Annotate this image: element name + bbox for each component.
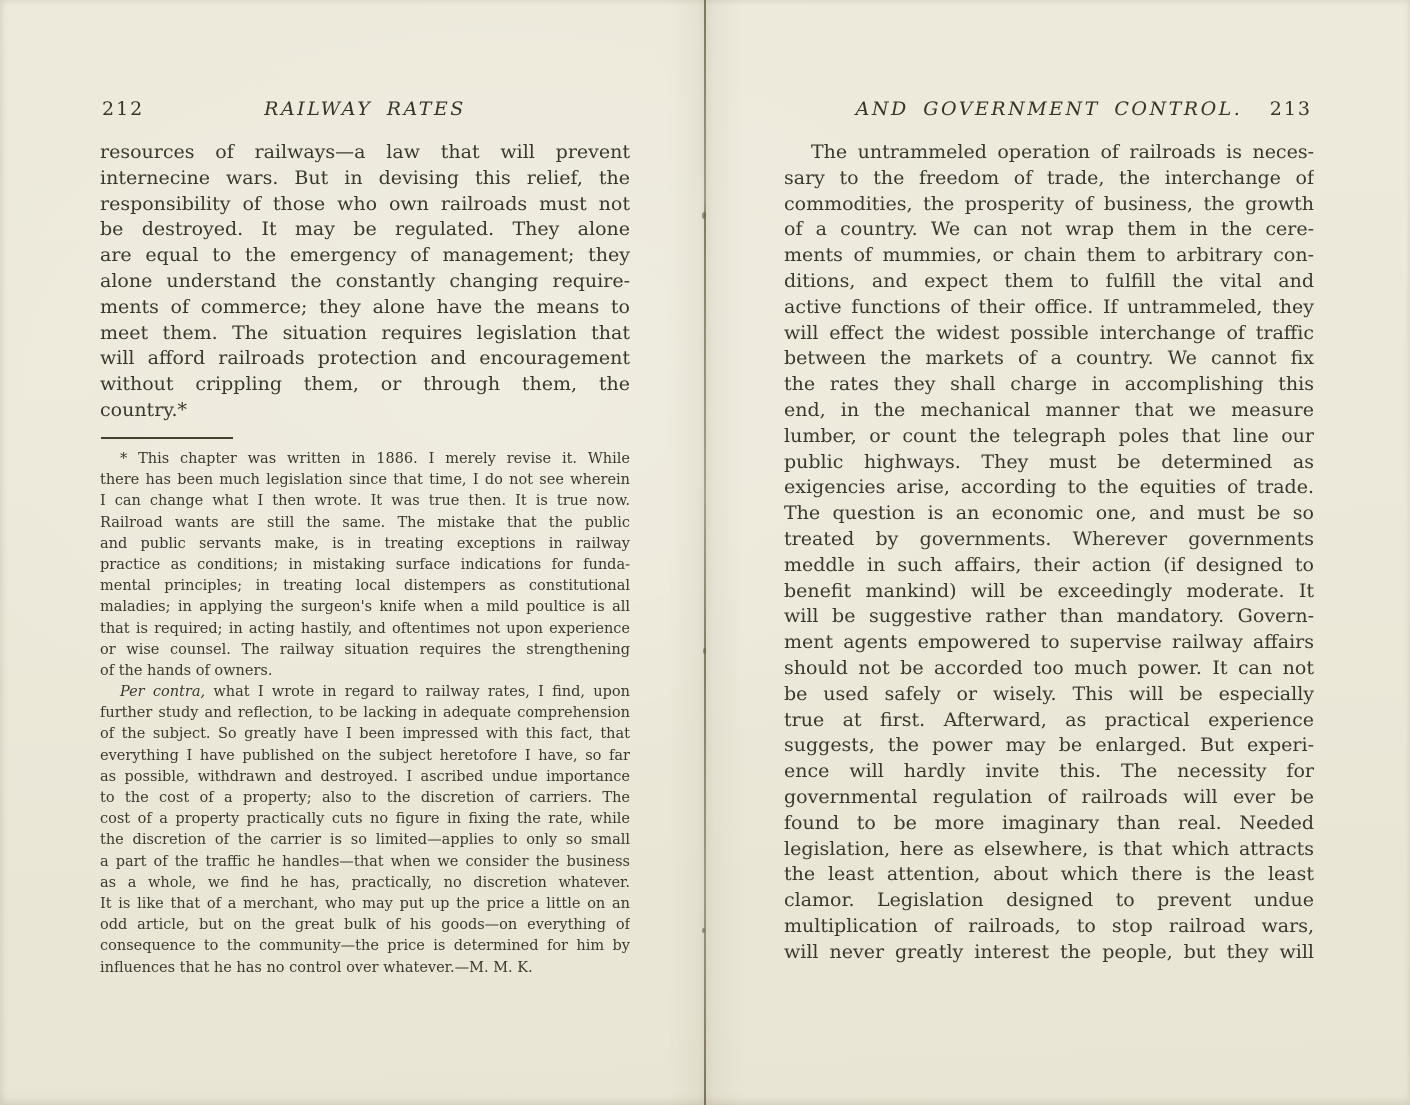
running-title-left: RAILWAY RATES: [264, 98, 466, 120]
text-line: The question is an economic one, and mus…: [784, 501, 1314, 527]
text-line: will never greatly interest the people, …: [784, 940, 1314, 966]
italic-lead: Per contra,: [120, 684, 205, 700]
text-line: ditions, and expect them to fulfill the …: [784, 269, 1314, 295]
text-line: cost of a property practically cuts no f…: [100, 809, 630, 830]
text-line: further study and reflection, to be lack…: [100, 703, 630, 724]
text-line: as a whole, we find he has, practically,…: [100, 873, 630, 894]
text-line: responsibility of those who own railroad…: [100, 192, 630, 218]
page-left: 212 RAILWAY RATES resources of railways—…: [100, 0, 630, 1105]
text-line: of the hands of owners.: [100, 661, 630, 682]
text-line: commodities, the prosperity of business,…: [784, 192, 1314, 218]
book-fold-shading: [668, 0, 744, 1105]
page-right: AND GOVERNMENT CONTROL. 213 The untramme…: [784, 0, 1314, 1105]
book-scan-spread: 212 RAILWAY RATES resources of railways—…: [0, 0, 1410, 1105]
text-line: of a country. We can not wrap them in th…: [784, 217, 1314, 243]
text-line: true at first. Afterward, as practical e…: [784, 708, 1314, 734]
text-line: a part of the traffic he handles—that wh…: [100, 852, 630, 873]
text-line: mental principles; in treating local dis…: [100, 576, 630, 597]
text-line: The untrammeled operation of railroads i…: [784, 140, 1314, 166]
text-line: Per contra, what I wrote in regard to ra…: [100, 682, 630, 703]
text-line: active functions of their office. If unt…: [784, 295, 1314, 321]
text-line: suggests, the power may be enlarged. But…: [784, 733, 1314, 759]
text-line: exigencies arise, according to the equit…: [784, 475, 1314, 501]
running-header-right: AND GOVERNMENT CONTROL. 213: [784, 96, 1314, 122]
right-body-text: The untrammeled operation of railroads i…: [784, 140, 1314, 966]
paper-speck: [702, 212, 706, 219]
text-line: ments of mummies, or chain them to arbit…: [784, 243, 1314, 269]
text-line: sary to the freedom of trade, the interc…: [784, 166, 1314, 192]
text-line: are equal to the emergency of management…: [100, 243, 630, 269]
text-line: that is required; in acting hastily, and…: [100, 619, 630, 640]
text-line: clamor. Legislation designed to prevent …: [784, 888, 1314, 914]
text-line: or wise counsel. The railway situation r…: [100, 640, 630, 661]
left-footnote: * This chapter was written in 1886. I me…: [100, 449, 630, 979]
footnote-paragraph-2: Per contra, what I wrote in regard to ra…: [100, 682, 630, 979]
text-line: public highways. They must be determined…: [784, 450, 1314, 476]
text-line: will be suggestive rather than mandatory…: [784, 604, 1314, 630]
text-line: governmental regulation of railroads wil…: [784, 785, 1314, 811]
text-line: there has been much legislation since th…: [100, 470, 630, 491]
text-line: alone understand the constantly changing…: [100, 269, 630, 295]
text-line: meddle in such affairs, their action (if…: [784, 553, 1314, 579]
text-line: found to be more imaginary than real. Ne…: [784, 811, 1314, 837]
text-line: be destroyed. It may be regulated. They …: [100, 217, 630, 243]
footnote-rule: [101, 437, 233, 439]
text-line: benefit mankind) will be exceedingly mod…: [784, 579, 1314, 605]
text-line: end, in the mechanical manner that we me…: [784, 398, 1314, 424]
text-line: It is like that of a merchant, who may p…: [100, 894, 630, 915]
text-line: as possible, withdrawn and destroyed. I …: [100, 767, 630, 788]
text-line: everything I have published on the subje…: [100, 746, 630, 767]
text-line: treated by governments. Wherever governm…: [784, 527, 1314, 553]
text-line: * This chapter was written in 1886. I me…: [100, 449, 630, 470]
text-line: Railroad wants are still the same. The m…: [100, 513, 630, 534]
text-line: practice as conditions; in mistaking sur…: [100, 555, 630, 576]
text-line: ment agents empowered to supervise railw…: [784, 630, 1314, 656]
text-line: country.*: [100, 398, 630, 424]
paper-speck: [703, 648, 706, 654]
text-line: the discretion of the carrier is so limi…: [100, 830, 630, 851]
paper-speck: [702, 928, 705, 933]
text-line: I can change what I then wrote. It was t…: [100, 491, 630, 512]
text-line: be used safely or wisely. This will be e…: [784, 682, 1314, 708]
text-line: between the markets of a country. We can…: [784, 346, 1314, 372]
text-line: lumber, or count the telegraph poles tha…: [784, 424, 1314, 450]
text-line: influences that he has no control over w…: [100, 958, 630, 979]
running-title-right: AND GOVERNMENT CONTROL.: [856, 98, 1243, 120]
text-line: ence will hardly invite this. The necess…: [784, 759, 1314, 785]
text-line: the least attention, about which there i…: [784, 862, 1314, 888]
text-line: legislation, here as elsewhere, is that …: [784, 837, 1314, 863]
page-number-left: 212: [102, 96, 144, 122]
footnote-paragraph-1: * This chapter was written in 1886. I me…: [100, 449, 630, 682]
text-line: should not be accorded too much power. I…: [784, 656, 1314, 682]
text-line: ments of commerce; they alone have the m…: [100, 295, 630, 321]
text-line: the rates they shall charge in accomplis…: [784, 372, 1314, 398]
text-line: will afford railroads protection and enc…: [100, 346, 630, 372]
text-line: of the subject. So greatly have I been i…: [100, 724, 630, 745]
text-line: odd article, but on the great bulk of hi…: [100, 915, 630, 936]
page-number-right: 213: [1270, 96, 1312, 122]
text-line: to the cost of a property; also to the d…: [100, 788, 630, 809]
text-line: resources of railways—a law that will pr…: [100, 140, 630, 166]
text-line: meet them. The situation requires legisl…: [100, 321, 630, 347]
text-line: and public servants make, is in treating…: [100, 534, 630, 555]
text-line: multiplication of railroads, to stop rai…: [784, 914, 1314, 940]
text-line: without crippling them, or through them,…: [100, 372, 630, 398]
running-header-left: 212 RAILWAY RATES: [100, 96, 630, 122]
book-fold: [704, 0, 706, 1105]
text-line: will effect the widest possible intercha…: [784, 321, 1314, 347]
text-line: internecine wars. But in devising this r…: [100, 166, 630, 192]
text-line: maladies; in applying the surgeon's knif…: [100, 597, 630, 618]
left-body-text: resources of railways—a law that will pr…: [100, 140, 630, 424]
text-line: consequence to the community—the price i…: [100, 936, 630, 957]
